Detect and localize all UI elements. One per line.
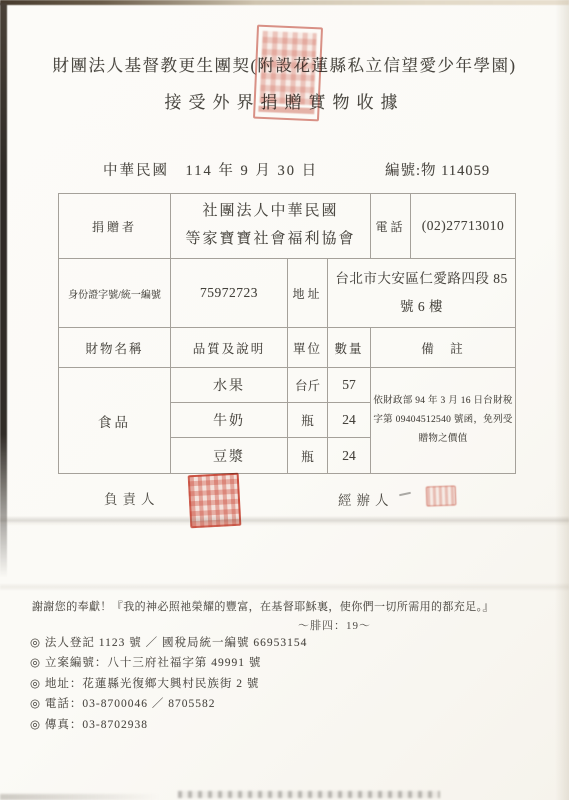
header-item-name: 財物名稱 xyxy=(59,328,171,368)
donation-table: 捐贈者 社團法人中華民國 等家寶寶社會福利協會 電話 (02)27713010 … xyxy=(58,193,516,474)
address-value-cell: 台北市大安區仁愛路四段 85 號 6 樓 xyxy=(328,259,516,328)
item-qty-cell: 57 xyxy=(328,368,371,403)
item-unit-cell: 瓶 xyxy=(288,438,328,474)
item-unit-cell: 瓶 xyxy=(288,403,328,438)
fold-crease-light xyxy=(0,583,569,591)
phone-label-cell: 電話 xyxy=(371,194,411,259)
thanks-quote: 謝謝您的奉獻！『我的神必照祂榮耀的豐富，在基督耶穌裏，使你們一切所需用的都充足。… xyxy=(32,598,552,614)
roc-date: 中華民國 114 年 9 月 30 日 xyxy=(103,159,318,180)
table-row-donor: 捐贈者 社團法人中華民國 等家寶寶社會福利協會 電話 (02)27713010 xyxy=(59,194,516,259)
id-value-cell: 75972723 xyxy=(171,259,288,328)
header-note: 備 註 xyxy=(371,328,516,368)
footer-registration-info: ◎ 法人登記 1123 號 ／ 國稅局統一編號 66953154 ◎ 立案編號：… xyxy=(30,633,307,735)
donor-name-line2: 等家寶寶社會福利協會 xyxy=(186,231,356,247)
footer-line-phone: ◎ 電話：03-8700046 ／ 8705582 xyxy=(30,694,307,714)
serial-number: 編號:物 114059 xyxy=(385,159,490,180)
scan-shadow-right xyxy=(555,0,569,800)
header-quantity: 數量 xyxy=(328,328,371,368)
donor-name-line1: 社團法人中華民國 xyxy=(203,203,339,219)
footer-line-address: ◎ 地址：花蓮縣光復鄉大興村民族街 2 號 xyxy=(30,674,307,694)
phone-value-cell: (02)27713010 xyxy=(411,194,516,259)
id-label-cell: 身份證字號/統一編號 xyxy=(59,259,171,328)
bible-verse-ref: ～腓四：19～ xyxy=(298,617,371,633)
scanned-receipt-page: 財團法人基督教更生團契(附設花蓮縣私立信望愛少年學園) 接受外界捐贈實物收據 中… xyxy=(0,0,569,800)
header-description: 品質及說明 xyxy=(171,328,288,368)
organization-seal-stamp xyxy=(253,25,323,122)
bottom-edge-shadow xyxy=(0,794,160,800)
item-qty-cell: 24 xyxy=(328,403,371,438)
handler-seal-stamp xyxy=(426,485,457,506)
footer-line-filing-number: ◎ 立案編號：八十三府社福字第 49991 號 xyxy=(30,653,307,673)
table-header-row: 財物名稱 品質及說明 單位 數量 備 註 xyxy=(59,328,516,368)
seal-band xyxy=(258,106,314,114)
header-unit: 單位 xyxy=(288,328,328,368)
item-name-cell: 水果 xyxy=(171,368,288,403)
footer-line-registration: ◎ 法人登記 1123 號 ／ 國稅局統一編號 66953154 xyxy=(30,633,307,653)
table-row-id-address: 身份證字號/統一編號 75972723 地址 台北市大安區仁愛路四段 85 號 … xyxy=(59,259,516,328)
table-row-item-1: 食品 水果 台斤 57 依財政部 94 年 3 月 16 日台財稅字第 0940… xyxy=(59,368,516,403)
item-name-cell: 牛奶 xyxy=(171,403,288,438)
item-name-cell: 豆漿 xyxy=(171,438,288,474)
donor-name-cell: 社團法人中華民國 等家寶寶社會福利協會 xyxy=(171,194,371,259)
seal-glyphs xyxy=(260,31,317,105)
manager-label: 負責人 xyxy=(104,488,160,508)
fold-crease xyxy=(0,516,569,526)
donor-label-cell: 捐贈者 xyxy=(59,194,171,259)
scan-edge-top xyxy=(0,0,569,5)
tax-note-cell: 依財政部 94 年 3 月 16 日台財稅字第 09404512540 號函，免… xyxy=(371,368,516,474)
category-cell: 食品 xyxy=(59,368,171,474)
address-label-cell: 地址 xyxy=(288,259,328,328)
footer-line-fax: ◎ 傳真：03-8702938 xyxy=(30,715,307,735)
cutoff-text-ghost xyxy=(178,791,440,798)
handler-label: 經辦人 xyxy=(338,489,394,509)
pen-mark xyxy=(399,492,411,496)
item-qty-cell: 24 xyxy=(328,438,371,474)
item-unit-cell: 台斤 xyxy=(288,368,328,403)
